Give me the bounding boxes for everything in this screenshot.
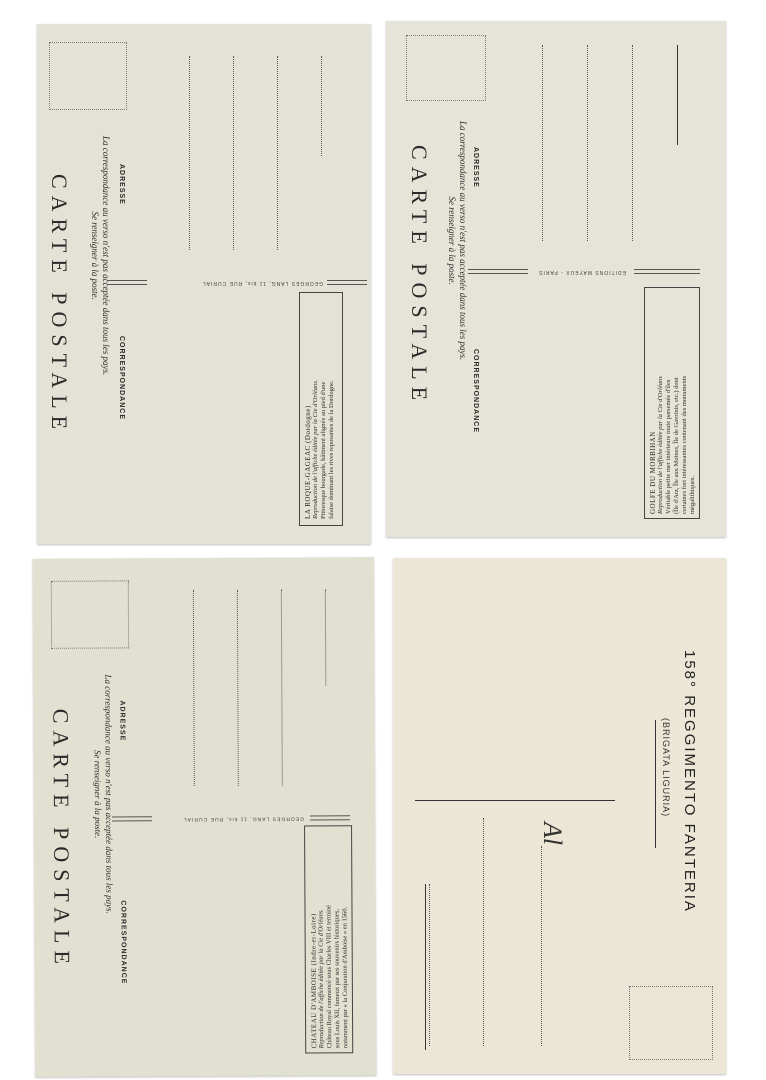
stamp-box <box>51 580 129 648</box>
caption-line: Reproduction de l'affiche éditée par la … <box>312 380 319 519</box>
address-line <box>541 846 542 1046</box>
address-line <box>677 45 678 145</box>
notice-line-1: La correspondance au verso n'est pas acc… <box>102 674 114 913</box>
label-correspondance: CORRESPONDANCE <box>472 349 479 433</box>
address-line <box>193 590 195 786</box>
stamp-box <box>406 35 486 101</box>
address-line <box>429 884 430 1046</box>
divider-rule <box>634 269 700 274</box>
script-initial: Al <box>537 822 567 845</box>
caption-box: LA ROQUE-GAGEAC (Dordogne) Reproduction … <box>299 292 343 526</box>
caption-line: Véritable petite mer intérieure toute pa… <box>665 376 673 514</box>
notice-line-1: La correspondance au verso n'est pas acc… <box>100 136 111 375</box>
postal-notice: La correspondance au verso n'est pas acc… <box>89 136 111 375</box>
postcard-reggimento-fanteria: 158° REGGIMENTO FANTERIA (BRIGATA LIGURI… <box>393 558 726 1074</box>
label-adresse: ADRESSE <box>472 147 479 188</box>
label-adresse: ADRESSE <box>118 700 125 741</box>
caption-line: mégalithiques. <box>689 376 697 514</box>
title-rule <box>655 720 656 848</box>
caption-box: CHATEAU D'AMBOISE (Indre-et-Loire) Repro… <box>304 825 353 1053</box>
publisher-imprint: ÉDITIONS MAYEUX - PARIS <box>538 269 626 275</box>
publisher-imprint: GEORGES LANG, 11 bis, RUE CURIAL <box>183 815 304 822</box>
caption-line: Reproduction de l'affiche éditée par la … <box>317 909 325 1048</box>
address-line <box>325 589 327 685</box>
caption-line: Pittoresque bourgade, bâtiment alignée a… <box>320 380 328 519</box>
stamp-box <box>49 42 127 110</box>
divider-rule <box>327 280 367 285</box>
address-line <box>281 590 283 786</box>
notice-line-2: Se renseigner à la poste. <box>89 136 100 375</box>
regiment-title: 158° REGGIMENTO FANTERIA <box>681 650 698 913</box>
divider-rule <box>107 280 147 285</box>
divider-rule <box>310 815 350 820</box>
caption-title: GOLFE DU MORBIHAN <box>649 376 657 514</box>
divider-rule <box>468 269 528 274</box>
postal-notice: La correspondance au verso n'est pas acc… <box>446 121 468 360</box>
address-line <box>321 56 322 156</box>
caption-title: LA ROQUE-GAGEAC (Dordogne) <box>304 380 312 519</box>
carte-postale-title: CARTE POSTALE <box>406 145 432 407</box>
address-line <box>542 45 543 241</box>
caption-line: (Île d'Arz, Île aux Moines, Île de Gavri… <box>673 376 681 514</box>
address-line <box>277 56 278 250</box>
label-correspondance: CORRESPONDANCE <box>118 336 125 420</box>
postcard-la-roque-gageac: CARTE POSTALE La correspondance au verso… <box>37 24 371 544</box>
caption-box: GOLFE DU MORBIHAN Reproduction de l'affi… <box>644 287 700 519</box>
postcard-chateau-amboise: CARTE POSTALE La correspondance au verso… <box>33 557 377 1077</box>
divider-rule <box>112 816 152 821</box>
label-correspondance: CORRESPONDANCE <box>119 900 126 984</box>
postcard-golfe-du-morbihan: CARTE POSTALE La correspondance au verso… <box>386 21 726 537</box>
caption-line: falaise dominant les rives reposantes de… <box>328 380 336 519</box>
carte-postale-title: CARTE POSTALE <box>47 709 74 971</box>
label-adresse: ADRESSE <box>118 164 125 205</box>
address-line <box>587 45 588 241</box>
caption-line: certaines fort intéressantes contenant d… <box>681 376 689 514</box>
caption-line: notamment par « la Conjuration d'Amboise… <box>341 905 350 1048</box>
postal-notice: La correspondance au verso n'est pas acc… <box>91 674 114 913</box>
address-line <box>233 56 234 250</box>
address-line <box>189 56 190 250</box>
caption-line: Reproduction de l'affiche éditée par la … <box>657 376 664 514</box>
brigade-subtitle: (BRIGATA LIGURIA) <box>661 718 671 817</box>
carte-postale-title: CARTE POSTALE <box>46 174 72 436</box>
stamp-box <box>629 986 713 1060</box>
address-line <box>425 884 426 1050</box>
notice-line-2: Se renseigner à la poste. <box>446 121 457 360</box>
publisher-imprint: GEORGES LANG, 11 bis, RUE CURIAL <box>202 280 323 286</box>
address-divider <box>415 800 615 801</box>
address-line <box>237 590 239 786</box>
address-line <box>483 818 484 1046</box>
notice-line-1: La correspondance au verso n'est pas acc… <box>457 121 468 360</box>
address-line <box>632 45 633 241</box>
